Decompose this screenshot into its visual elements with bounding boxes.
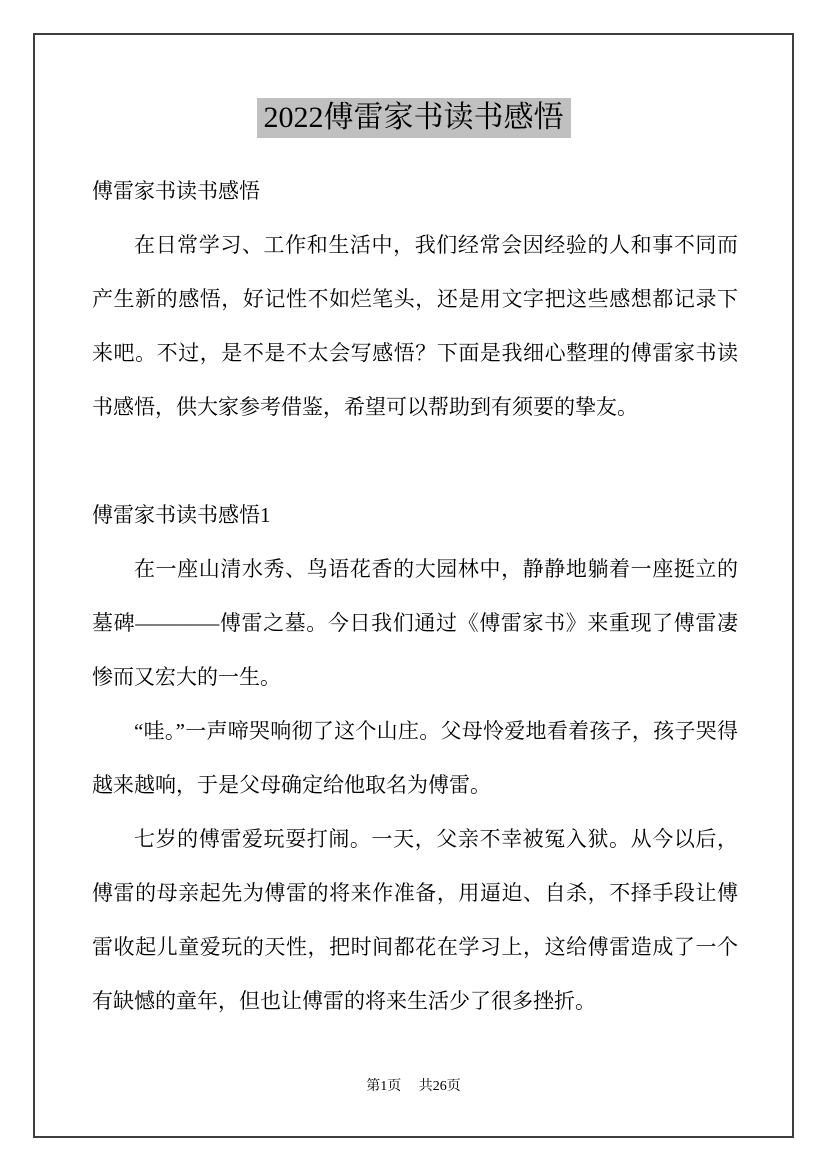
document-body: 傅雷家书读书感悟 在日常学习、工作和生活中，我们经常会因经验的人和事不同而产生新… [92,164,738,1028]
page-number-total: 共26页 [419,1077,461,1097]
document-page: 2022傅雷家书读书感悟 傅雷家书读书感悟 在日常学习、工作和生活中，我们经常会… [33,33,794,1138]
page-title: 2022傅雷家书读书感悟 [257,98,571,138]
title-row: 2022傅雷家书读书感悟 [35,98,792,138]
paragraph-label: 傅雷家书读书感悟1 [92,488,738,542]
page-footer: 第1页 共26页 [35,1077,792,1097]
paragraph: 七岁的傅雷爱玩耍打闹。一天，父亲不幸被冤入狱。从今以后，傅雷的母亲起先为傅雷的将… [92,812,738,1028]
paragraph: 在一座山清水秀、鸟语花香的大园林中，静静地躺着一座挺立的墓碑————傅雷之墓。今… [92,542,738,704]
paragraph: “哇。”一声啼哭响彻了这个山庄。父母怜爱地看着孩子，孩子哭得越来越响，于是父母确… [92,704,738,812]
paragraph: 在日常学习、工作和生活中，我们经常会因经验的人和事不同而产生新的感悟，好记性不如… [92,218,738,434]
page-number-current: 第1页 [366,1077,401,1097]
paragraph-label: 傅雷家书读书感悟 [92,164,738,218]
